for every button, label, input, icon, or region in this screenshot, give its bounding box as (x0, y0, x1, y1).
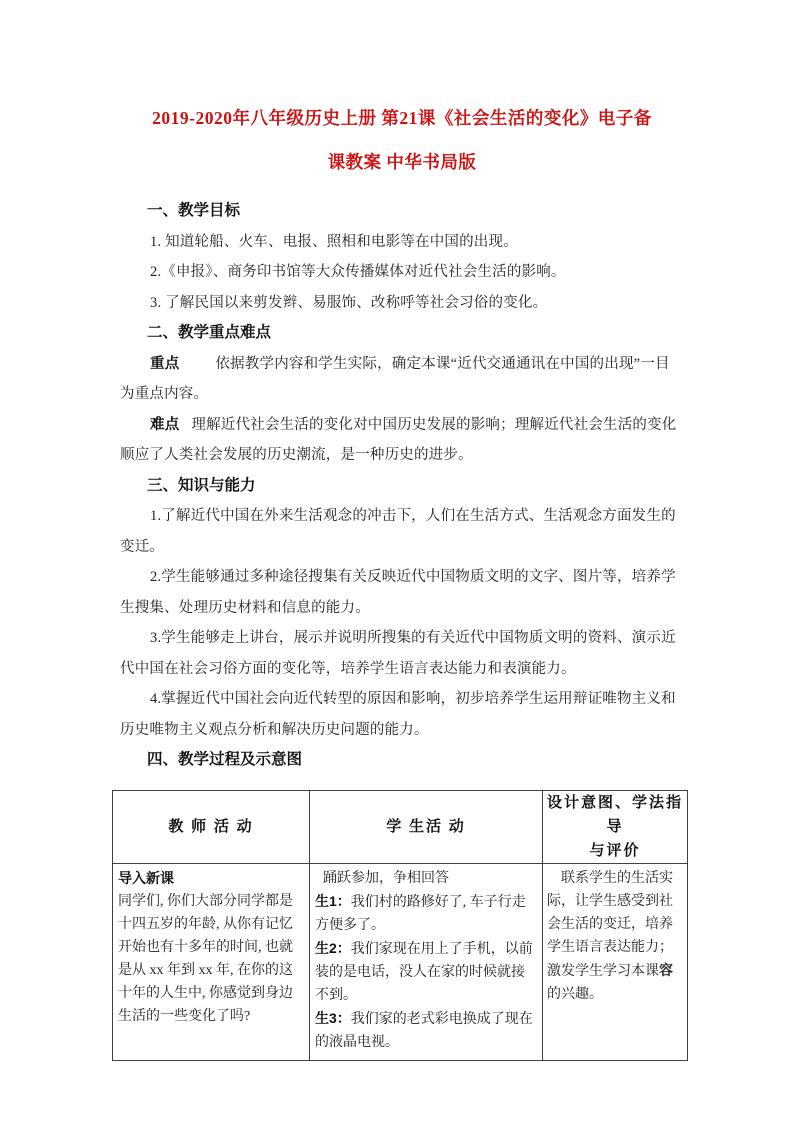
section-heading-knowledge-ability: 三、知识与能力 (120, 471, 684, 502)
document-title: 2019-2020年八年级历史上册 第21课《社会生活的变化》电子备 课教案 中… (120, 96, 684, 184)
knowledge-item-4: 4.掌握近代中国社会向近代转型的原因和影响，初步培养学生运用辩证唯物主义和历史唯… (120, 684, 684, 745)
student-response-1: 生1：我们村的路修好了, 车子行走方便多了。 (315, 890, 537, 937)
header-student-activity: 学 生活 动 (310, 790, 543, 863)
objective-item-3: 3. 了解民国以来剪发辫、易服饰、改称呼等社会习俗的变化。 (120, 288, 684, 319)
design-intent-text-after: 的兴趣。 (547, 987, 603, 1002)
knowledge-item-3: 3.学生能够走上讲台，展示并说明所搜集的有关近代中国物质文明的资料、演示近代中国… (120, 623, 684, 684)
lesson-intro-title: 导入新课 (118, 867, 304, 890)
cell-design-intent: 联系学生的生活实际，让学生感受到社会生活的变迁，培养学生语言表达能力；激发学生学… (543, 863, 688, 1060)
header-design-intent-line-2: 与评价 (543, 839, 687, 863)
cell-teacher-activity: 导入新课 同学们, 你们大部分同学都是十四五岁的年龄, 从你有记忆开始也有十多年… (113, 863, 310, 1060)
student-1-label: 生1： (315, 893, 351, 909)
student-response-3: 生3：我们家的老式彩电换成了现在 的液晶电视。 (315, 1007, 537, 1054)
teaching-process-table: 教 师 活 动 学 生活 动 设计意图、学法指导 与评价 导入新课 同学们, 你… (112, 790, 688, 1061)
objective-item-1: 1. 知道轮船、火车、电报、照相和电影等在中国的出现。 (120, 227, 684, 258)
student-3-label: 生3： (315, 1010, 351, 1026)
knowledge-item-2: 2.学生能够通过多种途径搜集有关反映近代中国物质文明的文字、图片等，培养学生搜集… (120, 562, 684, 623)
key-point-paragraph: 重点依据教学内容和学生实际，确定本课“近代交通通讯在中国的出现”一目为重点内容。 (120, 349, 684, 410)
section-heading-key-difficult-points: 二、教学重点难点 (120, 318, 684, 349)
title-line-1: 2019-2020年八年级历史上册 第21课《社会生活的变化》电子备 (120, 96, 684, 140)
design-intent-text: 联系学生的生活实际，让学生感受到社会生活的变迁，培养学生语言表达能力；激发学生学… (547, 867, 684, 1006)
student-response-intro: 踊跃参加，争相回答 (315, 867, 537, 890)
section-heading-objectives: 一、教学目标 (120, 196, 684, 227)
student-response-2: 生2：我们家现在用上了手机，以前装的是电话，没人在家的时候就接不到。 (315, 937, 537, 1007)
difficult-point-label: 难点 (150, 417, 179, 433)
key-point-label: 重点 (150, 356, 179, 372)
lesson-intro-text: 同学们, 你们大部分同学都是十四五岁的年龄, 从你有记忆开始也有十多年的时间, … (118, 890, 304, 1028)
objective-item-2: 2.《申报》、商务印书馆等大众传播媒体对近代社会生活的影响。 (120, 257, 684, 288)
table-header-row: 教 师 活 动 学 生活 动 设计意图、学法指导 与评价 (113, 790, 688, 863)
difficult-point-paragraph: 难点理解近代社会生活的变化对中国历史发展的影响；理解近代社会生活的变化顺应了人类… (120, 410, 684, 471)
header-design-intent-line-1: 设计意图、学法指导 (543, 791, 687, 839)
design-intent-text-before: 联系学生的生活实际，让学生感受到社会生活的变迁，培养学生语言表达能力；激发学生学… (547, 871, 673, 979)
student-2-label: 生2： (315, 940, 351, 956)
header-design-intent: 设计意图、学法指导 与评价 (543, 790, 688, 863)
difficult-point-text: 理解近代社会生活的变化对中国历史发展的影响；理解近代社会生活的变化顺应了人类社会… (120, 417, 677, 464)
section-heading-teaching-process: 四、教学过程及示意图 (120, 745, 684, 776)
key-point-text: 依据教学内容和学生实际，确定本课“近代交通通讯在中国的出现”一目为重点内容。 (120, 356, 670, 403)
title-line-2: 课教案 中华书局版 (120, 140, 684, 184)
design-intent-bold-char: 容 (659, 962, 673, 978)
header-teacher-activity: 教 师 活 动 (113, 790, 310, 863)
knowledge-item-1: 1.了解近代中国在外来生活观念的冲击下，人们在生活方式、生活观念方面发生的变迁。 (120, 501, 684, 562)
cell-student-activity: 踊跃参加，争相回答 生1：我们村的路修好了, 车子行走方便多了。 生2：我们家现… (310, 863, 543, 1060)
document-page: 2019-2020年八年级历史上册 第21课《社会生活的变化》电子备 课教案 中… (0, 0, 800, 1132)
table-body-row: 导入新课 同学们, 你们大部分同学都是十四五岁的年龄, 从你有记忆开始也有十多年… (113, 863, 688, 1060)
